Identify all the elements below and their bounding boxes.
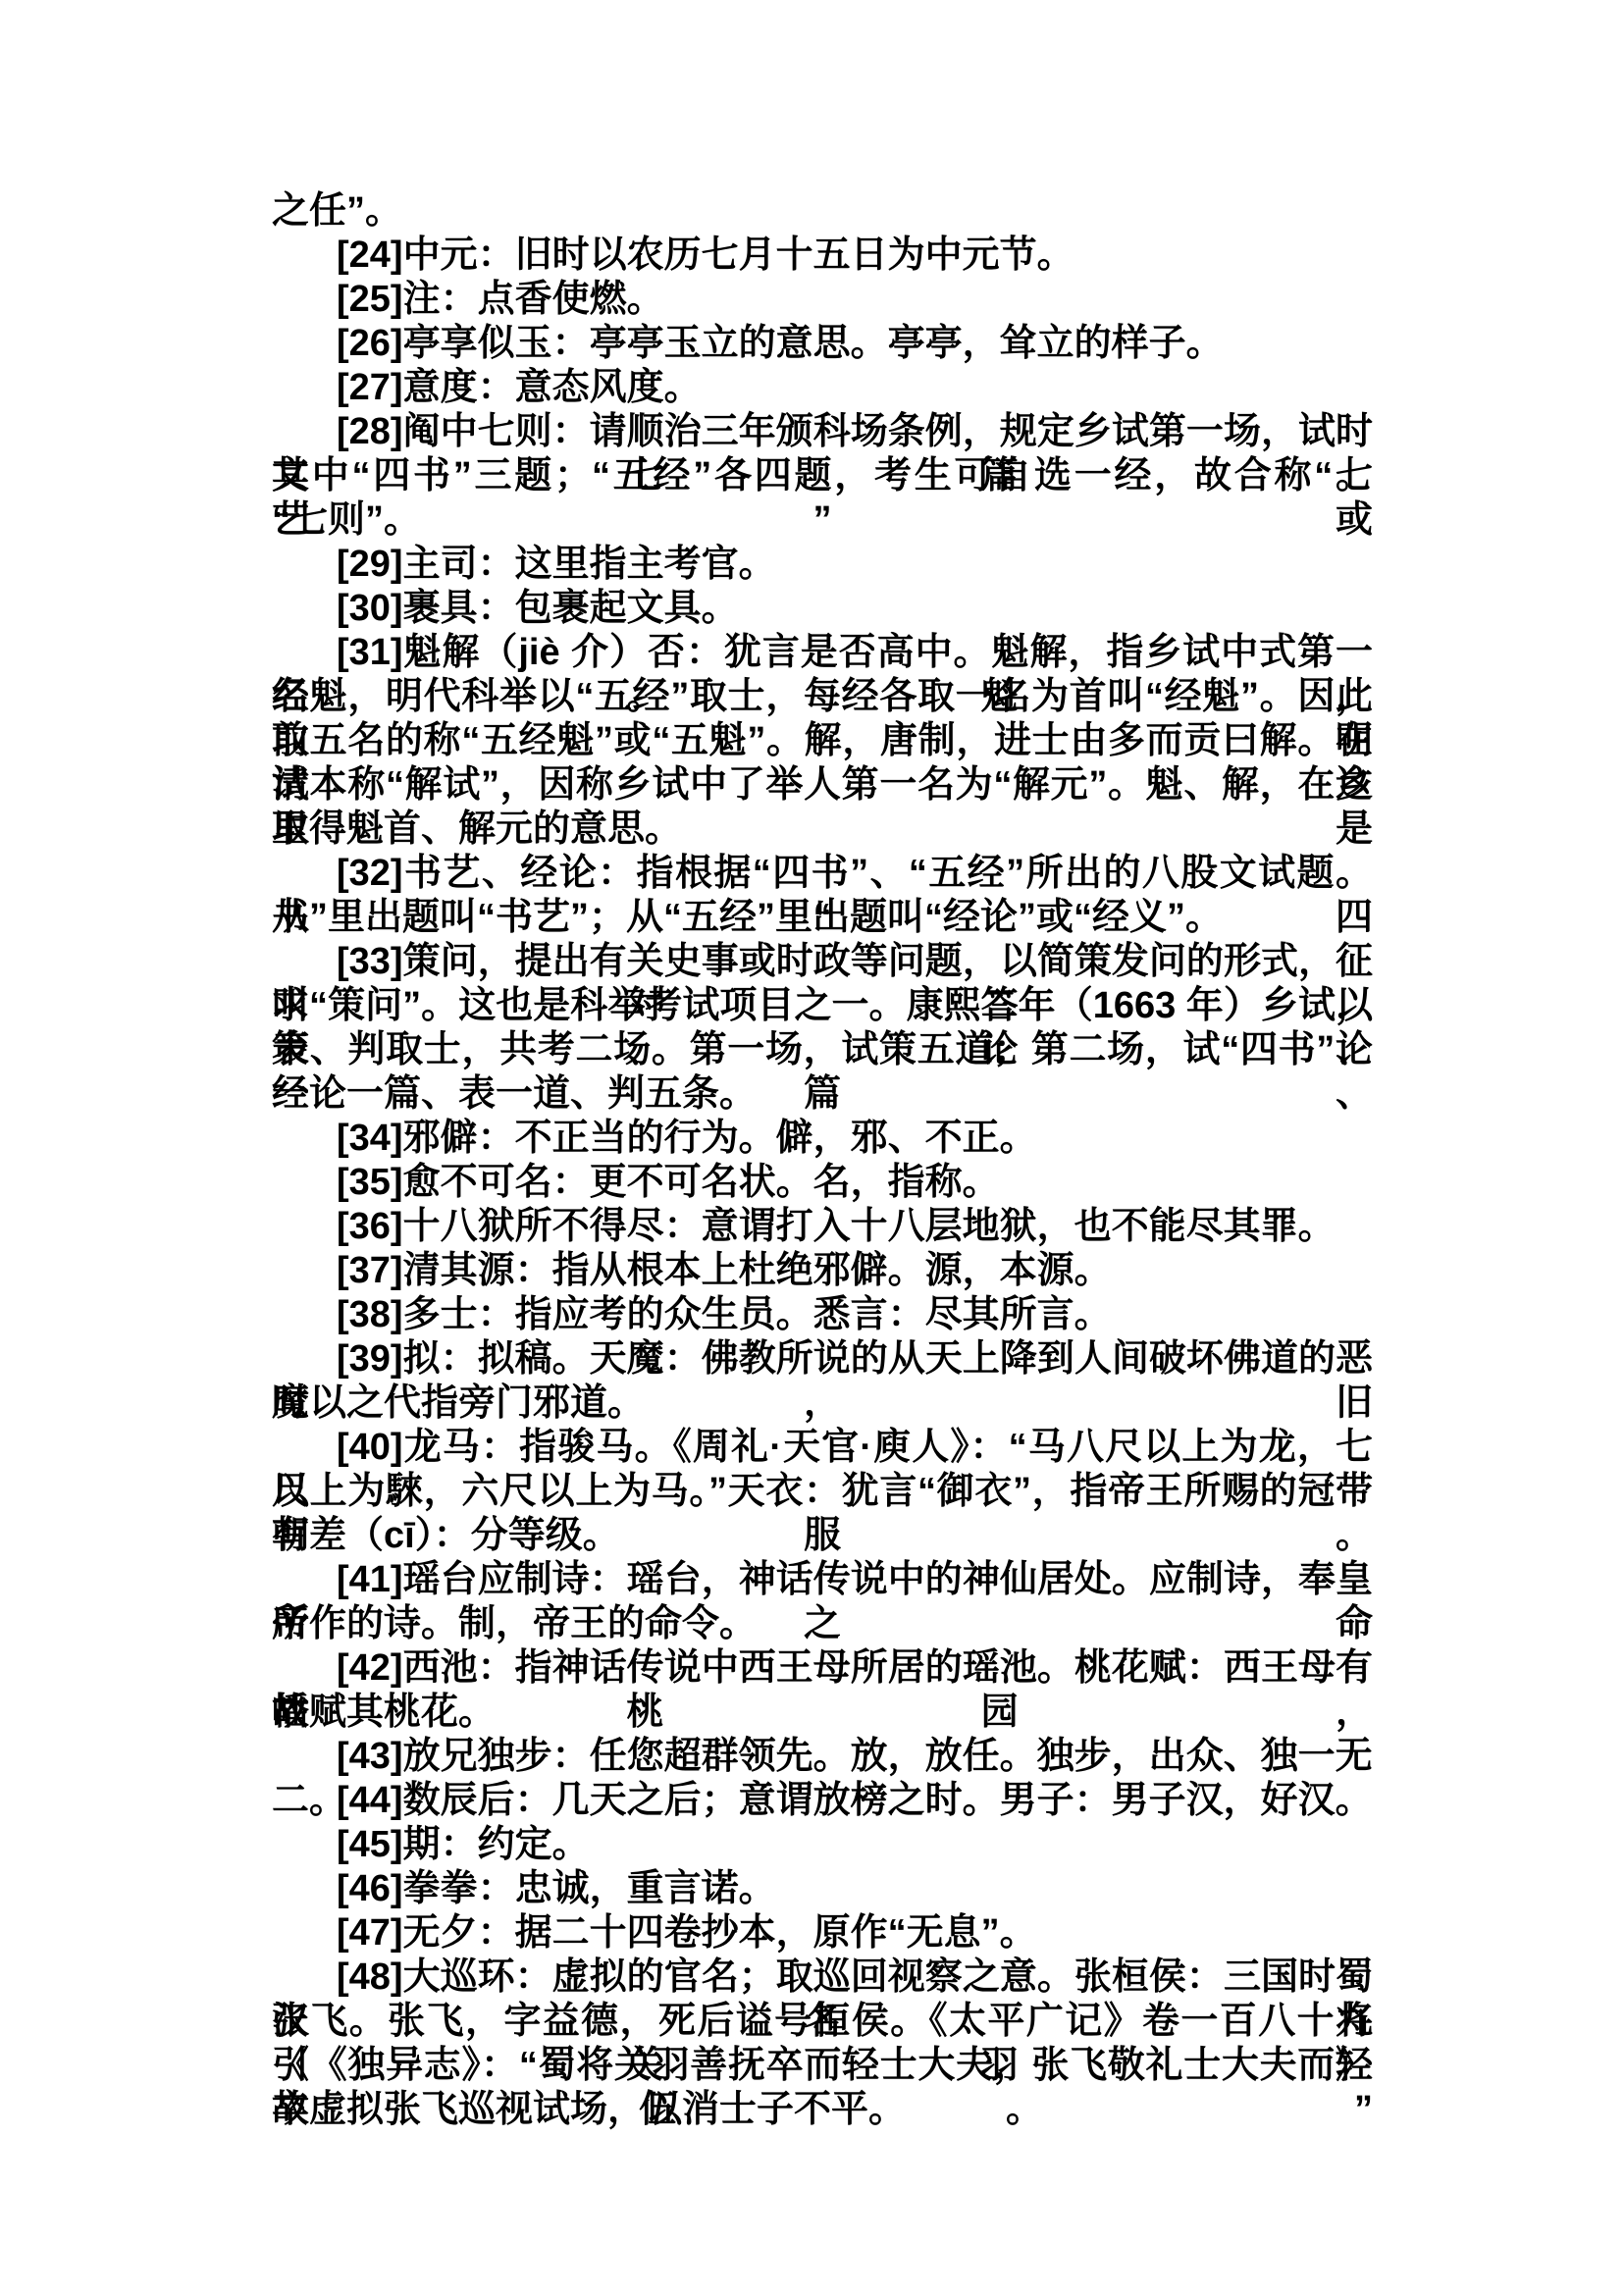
text-line: [42]西池：指神话传说中西王母所居的瑶池。桃花赋：西王母有幡桃园，: [272, 1646, 1373, 1691]
text-line: 引《独异志》：“蜀将关羽善抚卒而轻士大夫，张飞敬礼士大夫而轻卒伍。”: [272, 2044, 1373, 2088]
text-line: 前五名的称“五经魁”或“五魁”。解，唐制，进士由多而贡曰解。明清乡: [272, 719, 1373, 763]
text-line: [28]阄中七则：请顺治三年颁科场条例，规定乡试第一场，试时文七篇。: [272, 410, 1373, 454]
text-line: 以上为騋，六尺以上为马。”天衣：犹言“御衣”，指帝王所赐的冠带朝服。: [272, 1470, 1373, 1514]
text-line: [48]大巡环：虚拟的官名；取巡回视察之意。张桓侯：三国时蜀汉名将: [272, 1955, 1373, 2000]
text-line: 其中“四书”三题；“五经”各四题，考生可自选一经，故合称“七艺”或: [272, 454, 1373, 498]
text-line: [37]清其源：指从根本上杜绝邪僻。源，本源。: [272, 1249, 1373, 1293]
text-line: [46]拳拳：忠诚，重言诺。: [272, 1867, 1373, 1911]
text-line: [30]裹具：包裹起文具。: [272, 587, 1373, 631]
text-line: [39]拟：拟稿。天魔：佛教所说的从天上降到人间破坏佛道的恶魔，旧: [272, 1337, 1373, 1382]
text-line: 书”里出题叫“书艺”；从“五经”里出题叫“经论”或“经义”。: [272, 896, 1373, 940]
text-line: 之任”。: [272, 189, 1373, 234]
document-page: 之任”。[24]中元：旧时以农历七月十五日为中元节。[25]注：点香使燃。[26…: [0, 0, 1624, 2294]
text-line: [36]十八狱所不得尽：意谓打入十八层地狱，也不能尽其罪。: [272, 1205, 1373, 1249]
text-line: [38]多士：指应考的众生员。悉言：尽其所言。: [272, 1293, 1373, 1337]
text-line: 叫“策问”。这也是科举考试项目之一。康熙二年（1663 年）乡试以策、论、: [272, 984, 1373, 1028]
text-line: [29]主司：这里指主考官。: [272, 543, 1373, 587]
text-line: 经魁，明代科举以“五经”取士，每经各取一名为首叫“经魁”。因此取在: [272, 675, 1373, 719]
text-line: [26]亭享似玉：亭亭玉立的意思。亭亭，耸立的样子。: [272, 322, 1373, 366]
page-text: 之任”。[24]中元：旧时以农历七月十五日为中元节。[25]注：点香使燃。[26…: [272, 189, 1373, 2132]
text-line: [31]魁解（jiè 介）否：犹言是否高中。魁解，指乡试中式第一名。魁，: [272, 631, 1373, 675]
text-line: [44]数辰后：几天之后；意谓放榜之时。男子：男子汉，好汉。: [272, 1779, 1373, 1823]
text-line: 试本称“解试”，因称乡试中了举人第一名为“解元”。魁、解，在这里是: [272, 763, 1373, 808]
text-line: [35]愈不可名：更不可名状。名，指称。: [272, 1161, 1373, 1205]
text-line: [43]放兄独步：任您超群领先。放，放任。独步，出众、独一无二。: [272, 1735, 1373, 1779]
text-line: [25]注：点香使燃。: [272, 278, 1373, 322]
text-line: [45]期：约定。: [272, 1823, 1373, 1867]
text-line: [27]意度：意态风度。: [272, 366, 1373, 410]
text-line: [41]瑶台应制诗：瑶台，神话传说中的神仙居处。应制诗，奉皇帝之命: [272, 1558, 1373, 1602]
text-line: 表、判取士，共考二场。第一场，试策五道；第二场，试“四书”论一篇、: [272, 1028, 1373, 1072]
text-line: 张飞。张飞，字益德，死后谥号桓侯。《太平广记》卷一百八十九《关羽》: [272, 2000, 1373, 2044]
text-line: [32]书艺、经论：指根据“四书”、“五经”所出的八股文试题。从“四: [272, 852, 1373, 896]
text-line: [34]邪僻：不正当的行为。僻，邪、不正。: [272, 1117, 1373, 1161]
text-line: [40]龙马：指骏马。《周礼·天官·庾人》：“马八尺以上为龙，七尺: [272, 1426, 1373, 1470]
text-line: [47]无夕：据二十四卷抄本，原作“无息”。: [272, 1911, 1373, 1955]
text-line: [33]策问，提出有关史事或时政等问题，以简策发问的形式，征求对答，: [272, 940, 1373, 984]
text-line: [24]中元：旧时以农历七月十五日为中元节。: [272, 234, 1373, 278]
